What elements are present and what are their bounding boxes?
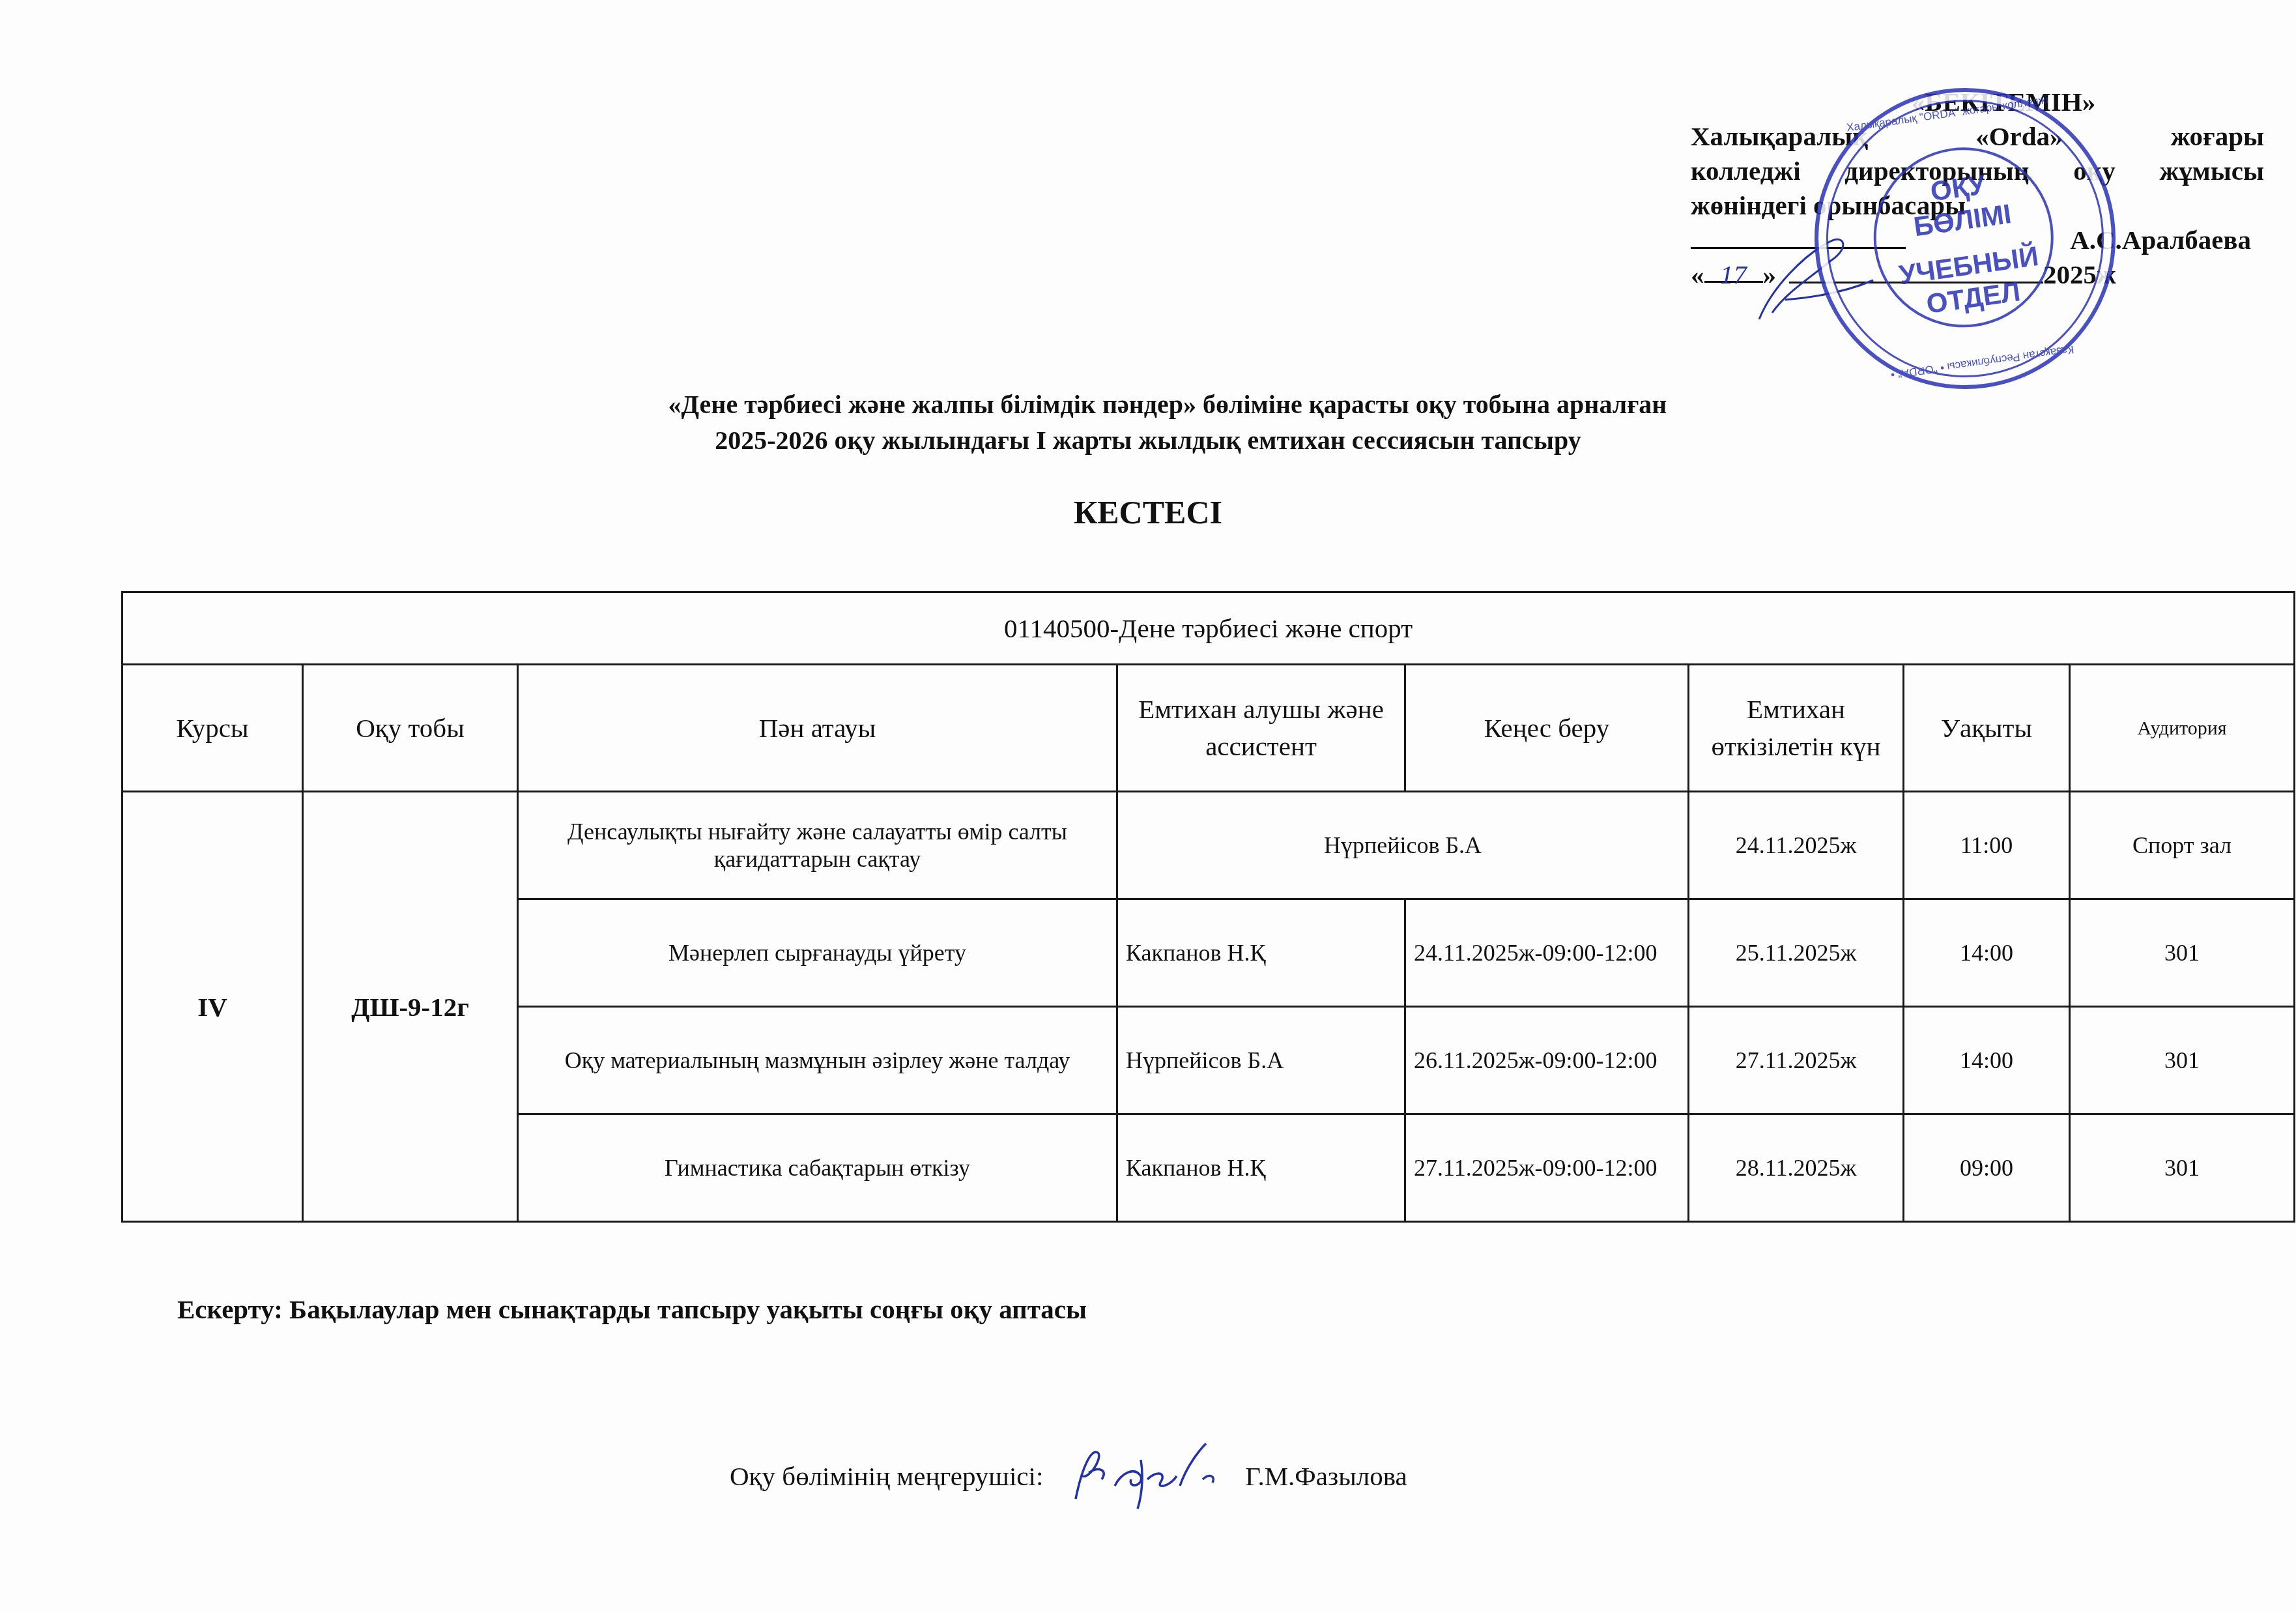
column-header-exam-date: Емтихан өткізілетін күн (1689, 665, 1904, 792)
approval-word: жұмысы (2160, 154, 2264, 188)
time-cell: 14:00 (1904, 899, 2070, 1007)
approval-word: колледжі (1691, 154, 1801, 188)
room-cell: 301 (2070, 899, 2295, 1007)
room-cell: 301 (2070, 1114, 2295, 1222)
column-header-course: Курсы (122, 665, 303, 792)
consultation-cell: 24.11.2025ж-09:00-12:00 (1405, 899, 1689, 1007)
room-cell: Спорт зал (2070, 792, 2295, 899)
column-header-group: Оқу тобы (303, 665, 518, 792)
document-heading-line-1: «Дене тәрбиесі және жалпы білімдік пәнде… (0, 388, 2296, 422)
course-cell: IV (122, 792, 303, 1222)
column-header-time: Уақыты (1904, 665, 2070, 792)
document-title: КЕСТЕСІ (0, 495, 2296, 529)
exam-date-cell: 25.11.2025ж (1689, 899, 1904, 1007)
column-header-subject: Пән атауы (518, 665, 1117, 792)
column-header-room: Аудитория (2070, 665, 2295, 792)
note-text: Ескерту: Бақылаулар мен сынақтарды тапсы… (177, 1294, 1087, 1325)
program-row: 01140500-Дене тәрбиесі және спорт (122, 592, 2295, 665)
subject-cell: Мәнерлеп сырғанауды үйрету (518, 899, 1117, 1007)
group-cell: ДШ-9-12г (303, 792, 518, 1222)
footer-label: Оқу бөлімінің меңгерушісі: (730, 1460, 1043, 1492)
column-header-consultation: Кеңес беру (1405, 665, 1689, 792)
table-row: IV ДШ-9-12г Денсаулықты нығайту және сал… (122, 792, 2295, 899)
room-cell: 301 (2070, 1007, 2295, 1114)
consultation-cell: 26.11.2025ж-09:00-12:00 (1405, 1007, 1689, 1114)
consultation-cell: 27.11.2025ж-09:00-12:00 (1405, 1114, 1689, 1222)
time-cell: 11:00 (1904, 792, 2070, 899)
subject-cell: Гимнастика сабақтарын өткізу (518, 1114, 1117, 1222)
document-heading-line-2: 2025-2026 оқу жылындағы І жарты жылдық е… (0, 424, 2296, 457)
examiner-cell: Какпанов Н.Қ (1117, 1114, 1405, 1222)
subject-cell: Денсаулықты нығайту және салауатты өмір … (518, 792, 1117, 899)
exam-date-cell: 24.11.2025ж (1689, 792, 1904, 899)
column-header-examiner: Емтихан алушы және ассистент (1117, 665, 1405, 792)
exam-schedule-table: 01140500-Дене тәрбиесі және спорт Курсы … (121, 591, 2295, 1223)
exam-date-cell: 27.11.2025ж (1689, 1007, 1904, 1114)
program-title: 01140500-Дене тәрбиесі және спорт (122, 592, 2295, 665)
head-signature (1063, 1440, 1239, 1512)
quote-open: « (1691, 257, 1704, 292)
footer-name: Г.М.Фазылова (1245, 1460, 1407, 1492)
time-cell: 09:00 (1904, 1114, 2070, 1222)
stamp-ring-bottom: Қазақстан Республикасы • "ORDA" • (1836, 335, 2128, 388)
time-cell: 14:00 (1904, 1007, 2070, 1114)
approval-word: жоғары (2171, 119, 2264, 154)
table-header-row: Курсы Оқу тобы Пән атауы Емтихан алушы ж… (122, 665, 2295, 792)
subject-cell: Оқу материалының мазмұнын әзірлеу және т… (518, 1007, 1117, 1114)
exam-date-cell: 28.11.2025ж (1689, 1114, 1904, 1222)
examiner-cell: Какпанов Н.Қ (1117, 899, 1405, 1007)
examiner-cell: Нүрпейісов Б.А (1117, 792, 1689, 899)
footer-signature-block: Оқу бөлімінің меңгерушісі: Г.М.Фазылова (730, 1440, 1407, 1512)
examiner-cell: Нүрпейісов Б.А (1117, 1007, 1405, 1114)
